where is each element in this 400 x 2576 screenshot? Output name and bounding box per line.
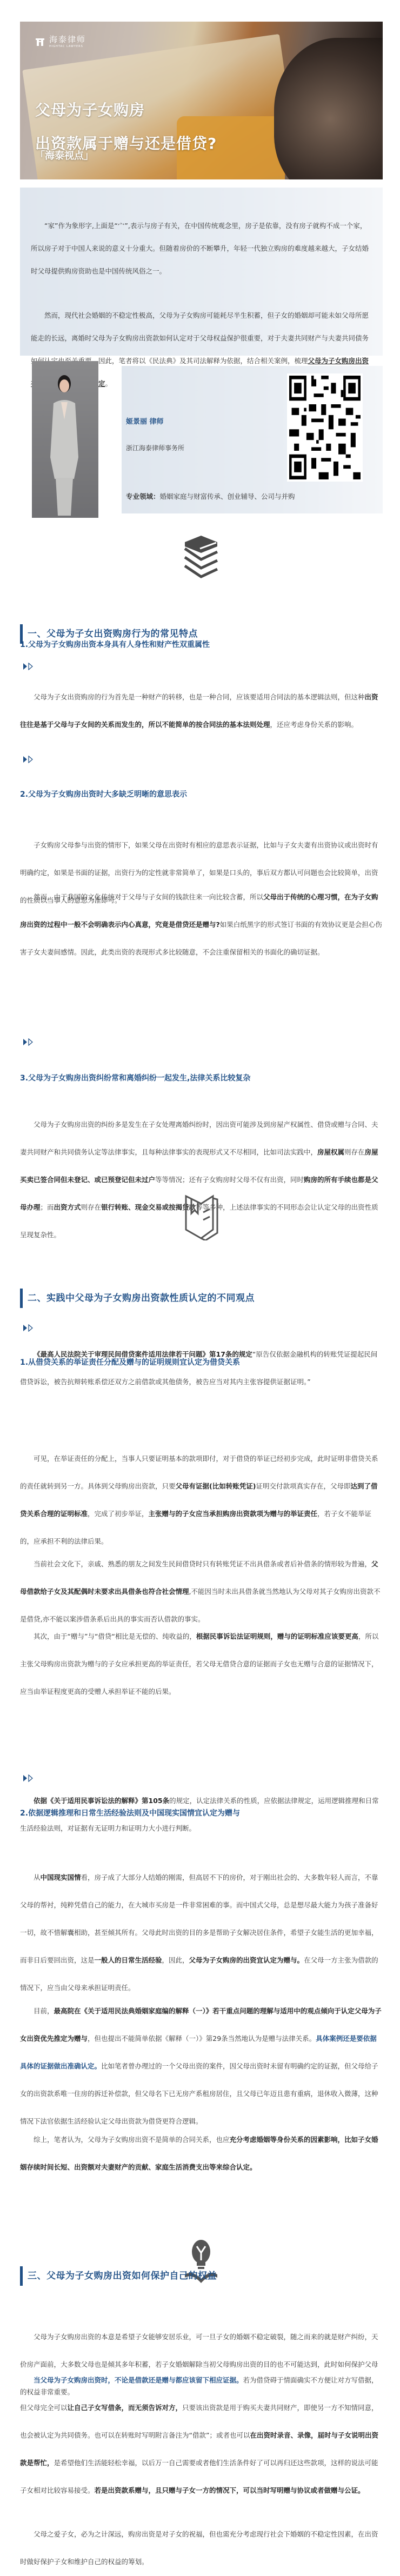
bold-run: 父母有证据(比如转账凭证): [176, 1482, 256, 1490]
section-2-paragraph-4: 其次，由于“赠与”与“借贷“相比是无偿的、纯收益的，根据民事诉讼法证明规则，赠与…: [20, 1623, 383, 1705]
section-1-paragraph-3: 然而，由于我国的文化传统对于父母与子女间的钱款往来一向比较含蓄，所以父母出于传统…: [20, 883, 383, 966]
section-3-paragraph-2: 当父母为子女购房出资时，不论是借款还是赠与都应该留下相应证据。若为借贷碍于情面确…: [20, 2366, 383, 2504]
bold-run: 父母为子女购房的出资宜认定为赠与。: [189, 1956, 304, 1964]
bold-run: 中国现实国情: [41, 1873, 81, 1881]
author-photo: [32, 361, 98, 518]
intro-p2-end: 。: [105, 379, 112, 388]
article-page: 海泰律师 HIGHTAC LAWYERS 父母为子女购房 出资款属于赠与还是借贷…: [0, 0, 400, 2576]
text-run: 综上，笔者认为，父母为子女购房出资不是简单的合同关系，也应: [34, 2135, 230, 2144]
author-firm: 浙江海泰律师事务所: [126, 443, 184, 452]
text-run: 等等情况；还有子女购房时父母不仅有出资，同时: [155, 1176, 304, 1184]
text-run: ，完成了初步举证，: [88, 1510, 149, 1518]
qr-code[interactable]: [287, 373, 363, 482]
author-expertise: 专业领域：婚姻家庭与财富传承、创业辅导、公司与并购: [126, 491, 295, 501]
text-run: 然而，由于我国的文化传统对于父母与子女间的钱款往来一向比较含蓄，所以: [34, 893, 263, 901]
text-run: 从: [34, 1873, 41, 1881]
section-2-paragraph-7: 目前，最高院在《关于适用民法典婚姻家庭编的解释（一）》若干重点问题的理解与适用中…: [20, 1997, 383, 2135]
bold-run: 房屋权属: [317, 1148, 344, 1156]
author-card: 姬景丽 律师 浙江海泰律师事务所 专业领域：婚姻家庭与财富传承、创业辅导、公司与…: [122, 366, 383, 513]
section-2-paragraph-5: 依据《关于适用民事诉讼法的解释》第105条的规定，认定法律关系的性质，应依据法律…: [20, 1787, 383, 1842]
bold-run: 根据民事诉讼法证明规则，赠与的证明标准应该要更高: [196, 1632, 358, 1640]
section-2-paragraph-2: 可见，在举证责任的分配上，当事人只要证明基本的款项即付，对于借贷的举证已经初步完…: [20, 1445, 383, 1555]
section-2-paragraph-6: 从中国现实国情看，房子成了大部分人结婚的刚需，但高居不下的房价，对于刚出社会的、…: [20, 1864, 383, 2001]
bold-run: 银行转账、现金交易或按揭贷款: [101, 1203, 196, 1211]
blue-emphasis-run: 当父母为子女购房出资时，不论是借款还是赠与都应该留下相应证据。: [34, 2376, 243, 2384]
double-arrow-icon: [23, 663, 34, 670]
text-run: 看，房子成了大部分人结婚的刚需，但高居不下的房价，对于刚出社会的、大多数年轻人而…: [20, 1873, 378, 1964]
text-run: ，还应考虑身份关系的影响。: [270, 720, 358, 729]
section-2-paragraph-8: 综上，笔者认为，父母为子女购房出资不是简单的合同关系，也应充分考虑婚姻等身份关系…: [20, 2126, 383, 2181]
bold-run: 主张赠与的子女应当承担购房出资款项为赠与的举证责任: [149, 1510, 318, 1518]
books-stack-icon: [184, 532, 218, 581]
author-name: 姬景丽 律师: [126, 416, 164, 426]
text-run: 目前，: [34, 2007, 54, 2015]
qr-code-icon: [289, 376, 361, 479]
brand-name-cn: 海泰律师: [49, 36, 86, 44]
brand-logo-icon: [35, 37, 45, 47]
hero-banner: 海泰律师 HIGHTAC LAWYERS 父母为子女购房 出资款属于赠与还是借贷…: [20, 22, 383, 179]
text-run: 证明交付款项真实存在，父母即: [256, 1482, 350, 1490]
section-2-heading: 二、实践中父母为子女购房出资款性质认定的不同观点: [20, 1289, 255, 1308]
text-run: ，但也提出不能简单依据《解释（一）》第29条当然地认为是赠与法律关系。: [88, 2034, 316, 2043]
bold-run: 一般人的日常生活经验: [95, 1956, 162, 1964]
open-book-bookmark-icon: [184, 1192, 218, 1240]
text-run: 父母为子女出资购房的行为首先是一种财产的转移，也是一种合同，应该要适用合同法的基…: [34, 693, 365, 701]
bold-run: 《最高人民法院关于审理民间借贷案件适用法律若干问题》第17条的规定: [34, 1350, 252, 1358]
text-run: 其次，由于“赠与”与“借贷“相比是无偿的、纯收益的，: [34, 1632, 196, 1640]
text-run: ，因此，: [162, 1956, 189, 1964]
double-arrow-icon: [23, 1774, 34, 1782]
intro-paragraph-1: “家”作为象形字,上面是“宀”,表示与房子有关，在中国传统观念里，房子是依靠，没…: [31, 215, 372, 283]
brand-logo: 海泰律师 HIGHTAC LAWYERS: [35, 36, 86, 48]
text-run: ；而: [41, 1203, 54, 1211]
double-arrow-icon: [23, 1324, 34, 1332]
hero-child-silhouette: [274, 38, 383, 179]
hero-column-tag: 「海泰视点」: [35, 148, 94, 162]
text-run: 当前社会文化下，亲戚、熟悉的朋友之间发生民间借贷时只有转账凭证不出具借条或者后补…: [34, 1560, 371, 1568]
bold-run: 让自己子女写借条，而无须告诉对方，: [68, 2404, 183, 2412]
section-3-paragraph-3: 父母之爱子女，必为之计深远，购房出资是对子女的祝福，但也需充分考虑现行社会下婚姻…: [20, 2520, 383, 2575]
double-arrow-icon: [23, 1038, 34, 1046]
author-portrait-figure: [47, 371, 82, 518]
text-run: 比如笔者曾办理过的一个父母出资的案件，因父母出资时未留有明确约定的证据，但父母给…: [20, 2062, 378, 2125]
author-expertise-value: 婚姻家庭与财富传承、创业辅导、公司与并购: [160, 492, 295, 500]
bold-run: 出资方式: [54, 1203, 81, 1211]
section-1-paragraph-1: 父母为子女出资购房的行为首先是一种财产的转移，也是一种合同，应该要适用合同法的基…: [20, 683, 383, 738]
bold-run: 若是出资款系赠与，且只赠与子女一方的情况下，可以当时写明赠与协议或者做赠与公证。: [95, 2486, 365, 2494]
section-2-paragraph-1: 《最高人民法院关于审理民间借贷案件适用法律若干问题》第17条的规定“原告仅依据金…: [20, 1340, 383, 1396]
author-expertise-label: 专业领域：: [126, 492, 160, 500]
double-arrow-icon: [23, 756, 34, 763]
section-1-subheading-1: 1.父母为子女购房出资本身具有人身性和财产性双重属性: [20, 639, 210, 650]
section-1-subheading-2: 2.父母为子女购房出资时大多缺乏明晰的意思表示: [20, 789, 187, 800]
text-run: 则存在: [81, 1203, 102, 1211]
section-1-subheading-3: 3.父母为子女购房出资纠纷常和离婚纠纷一起发生,法律关系比较复杂: [20, 1073, 250, 1084]
bold-run: 依据《关于适用民事诉讼法的解释》第105条: [34, 1797, 169, 1805]
section-3-heading: 三、父母为子女购房出资如何保护自己的权益: [20, 2266, 217, 2286]
paragraph-text: 父母之爱子女，必为之计深远，购房出资是对子女的祝福，但也需充分考虑现行社会下婚姻…: [20, 2520, 383, 2575]
intro-box: “家”作为象形字,上面是“宀”,表示与房子有关，在中国传统观念里，房子是依靠，没…: [20, 188, 383, 356]
section-2-paragraph-3: 当前社会文化下，亲戚、熟悉的朋友之间发生民间借贷时只有转账凭证不出具借条或者后补…: [20, 1550, 383, 1633]
hero-title-line1: 父母为子女购房: [35, 94, 217, 127]
text-run: ，所以主张父母购房出资款为赠与的子女应承担更高的举证责任，若父母无借贷合意的证据…: [20, 1632, 378, 1696]
brand-name-en: HIGHTAC LAWYERS: [49, 45, 86, 48]
text-run: 则存在: [344, 1148, 365, 1156]
